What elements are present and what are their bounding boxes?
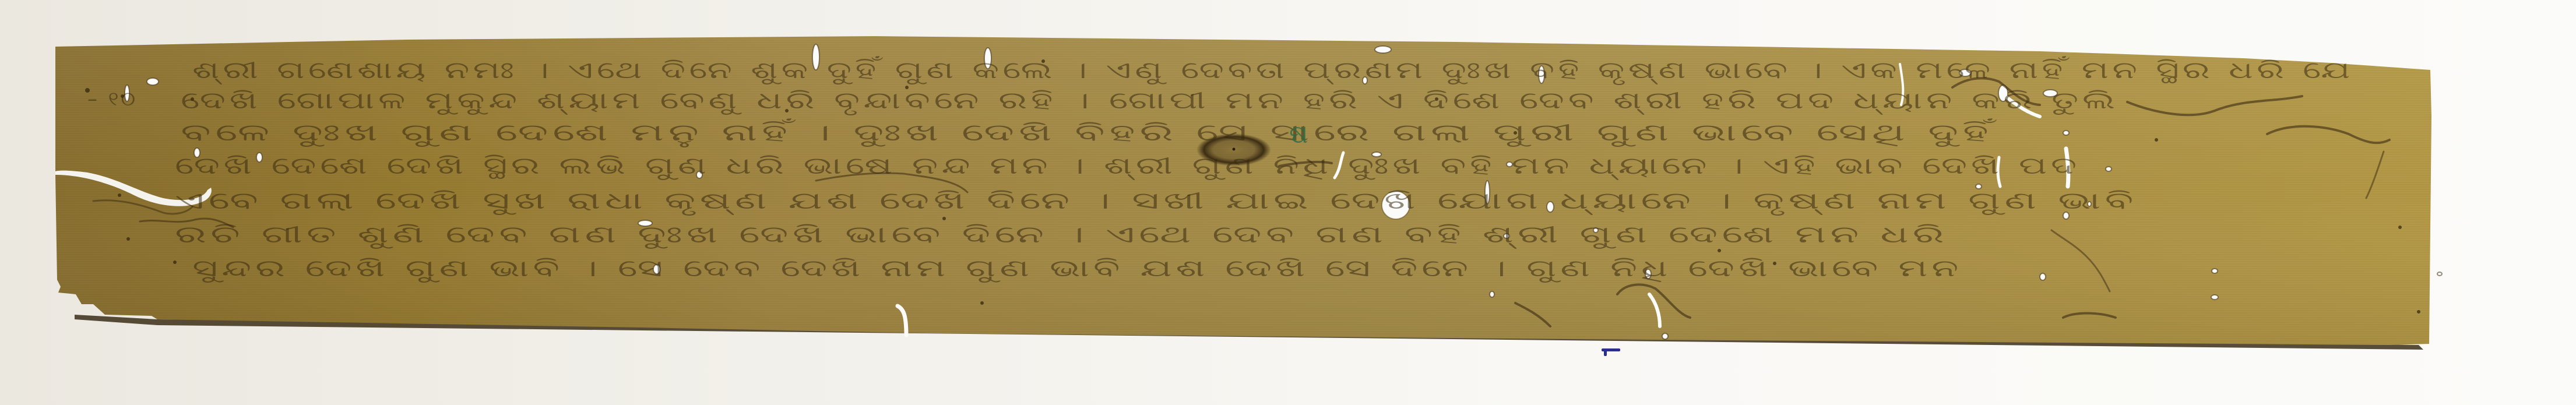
blue-ink-mark — [1602, 348, 1620, 351]
manuscript-photo: ଶ୍ରୀ ଗଣେଶାୟ ନମଃ । ଏଥେ ଦିନେ ଶୁକ ଦୁହିଁ ଗୁଣ… — [0, 0, 2576, 405]
string-hole — [1382, 191, 1410, 219]
palm-leaf — [0, 0, 2576, 405]
